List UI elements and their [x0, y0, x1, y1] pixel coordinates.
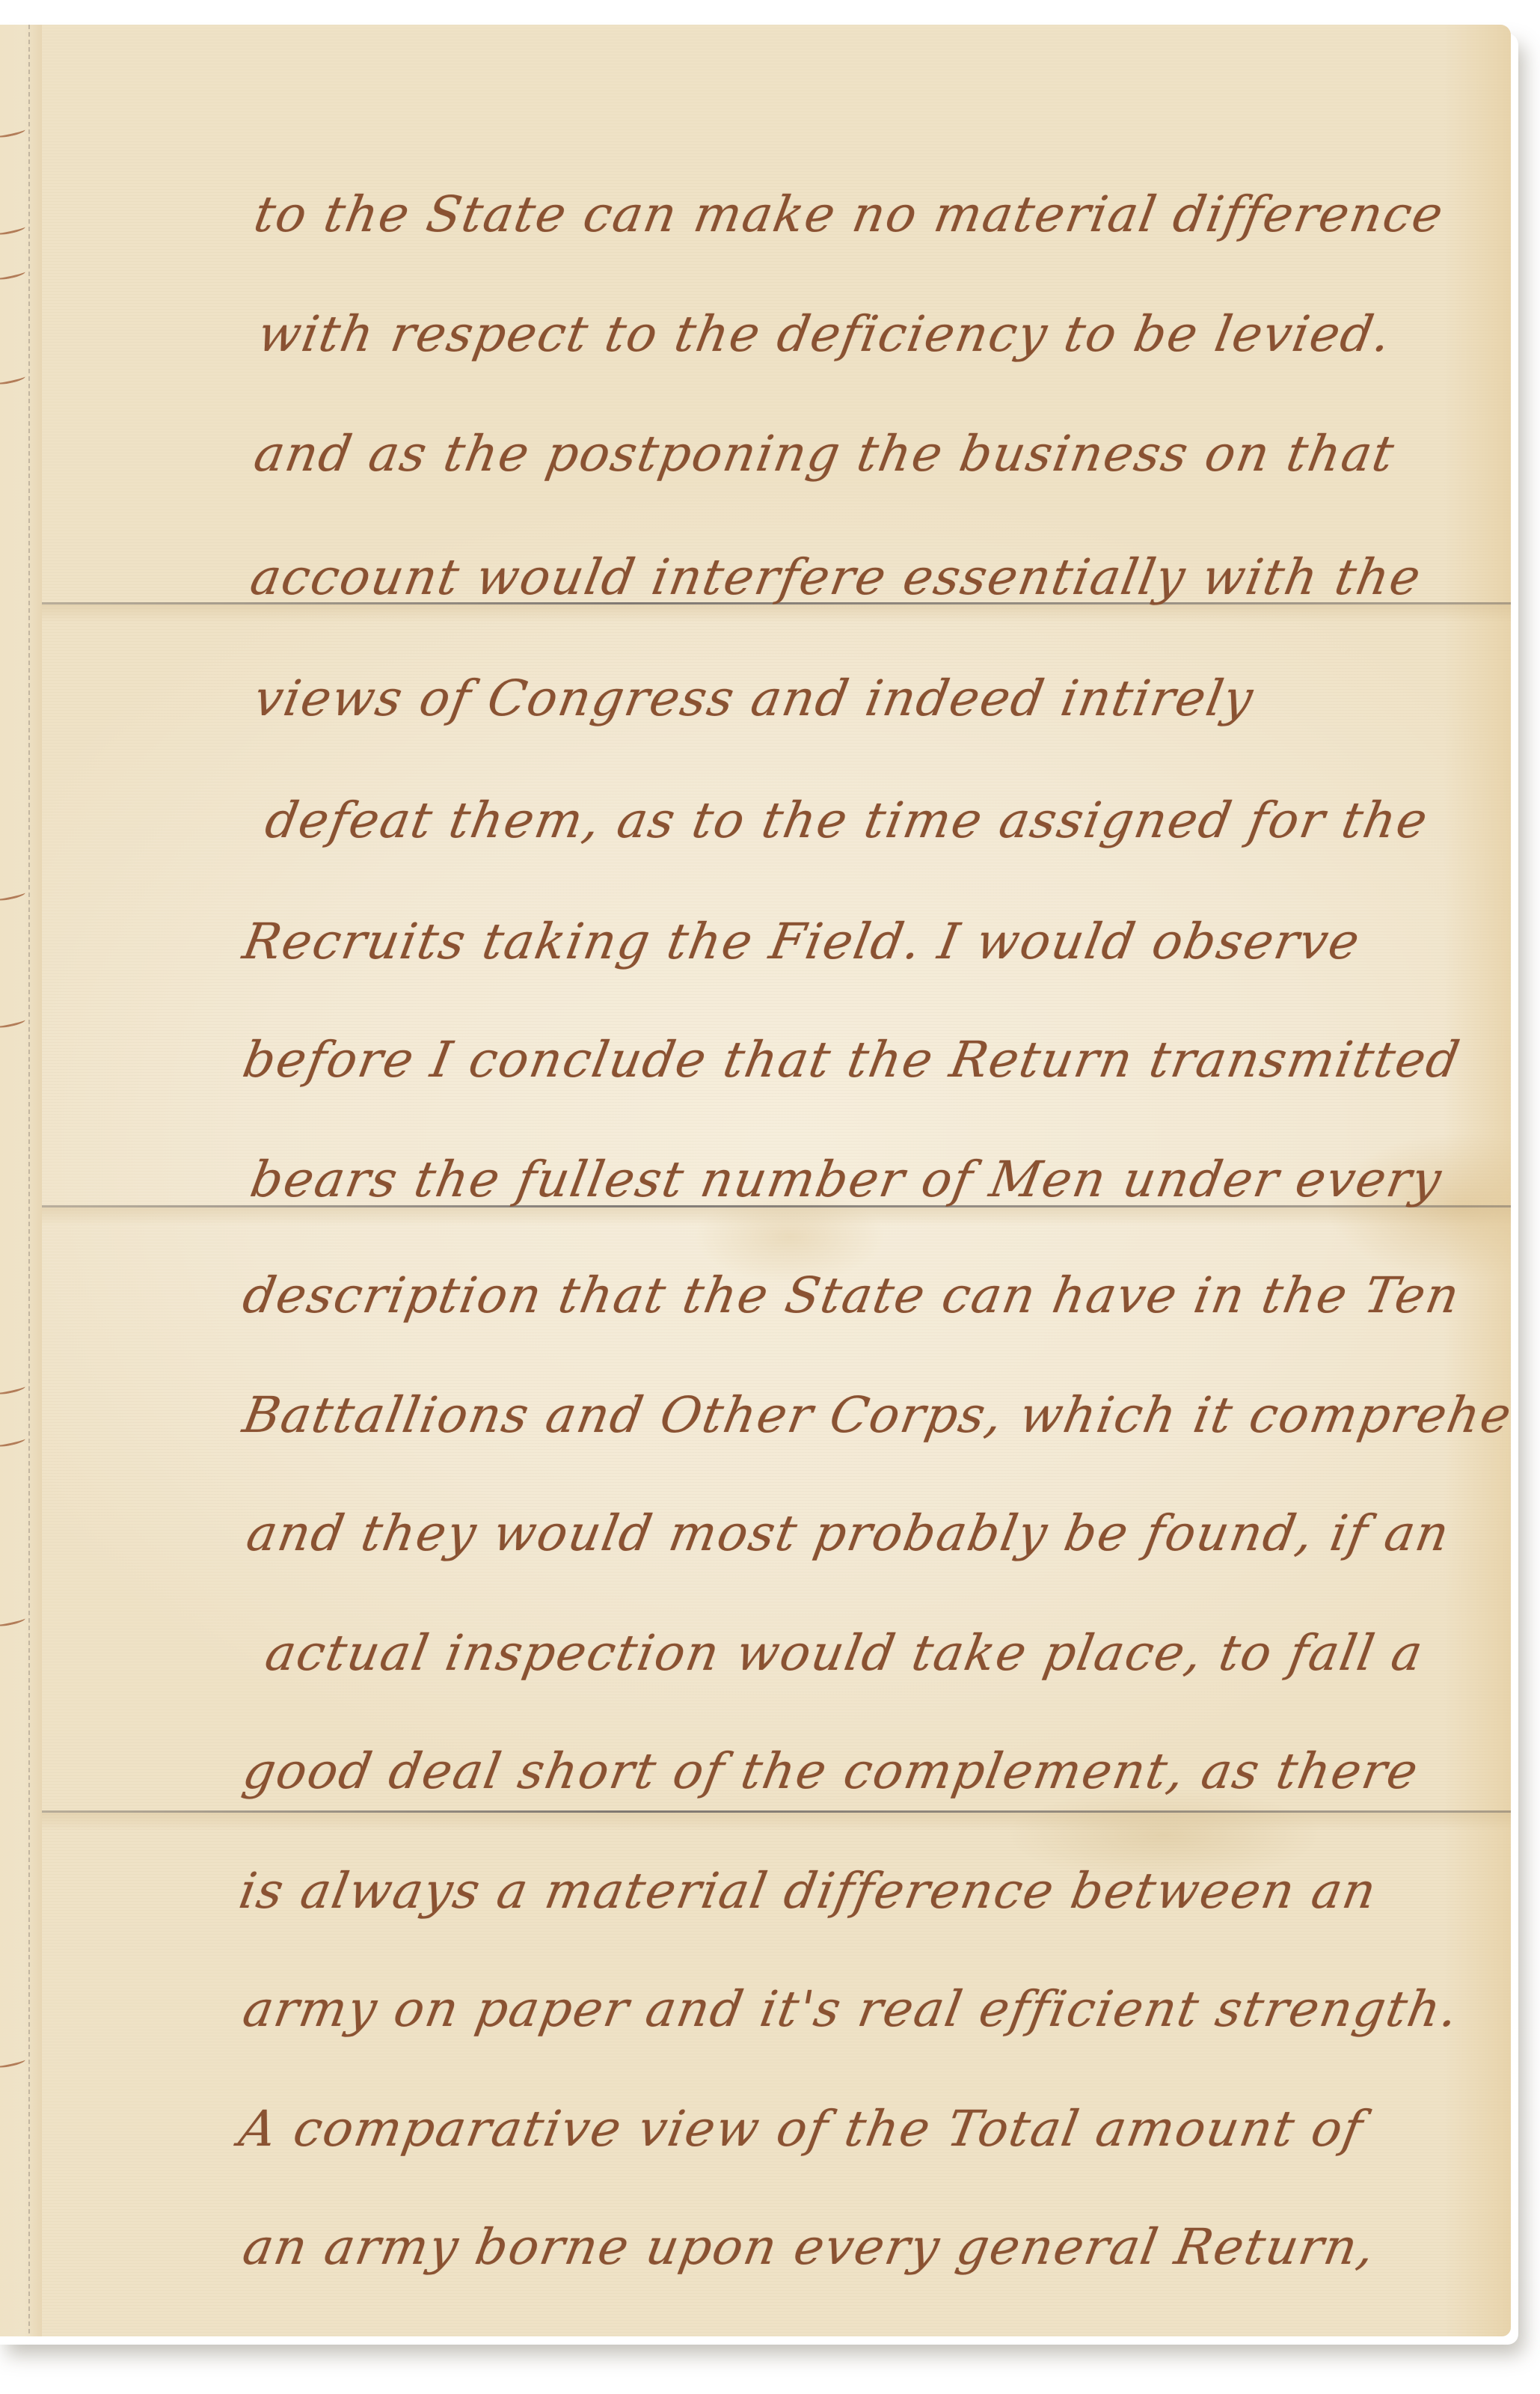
body-line: is always a material difference between …: [235, 1862, 1381, 1920]
ink-fragment: [0, 126, 25, 139]
letter-body: to the State can make no material differ…: [42, 25, 1511, 2336]
ink-fragment: [0, 224, 25, 236]
ink-fragment: [0, 269, 25, 281]
body-line: good deal short of the complement, as th…: [239, 1742, 1423, 1800]
ink-fragment: [0, 1383, 25, 1396]
body-line: an army borne upon every general Return,: [239, 2218, 1380, 2276]
letter-page: to the State can make no material differ…: [42, 25, 1511, 2336]
body-line: to the State can make no material differ…: [250, 186, 1449, 243]
body-line: Battallions and Other Corps, which it co…: [239, 1386, 1511, 1444]
ink-fragment: [0, 1615, 25, 1628]
page-gutter: [28, 25, 30, 2336]
adjacent-page-strip: [0, 25, 43, 2336]
body-line: bears the fullest number of Men under ev…: [246, 1151, 1447, 1208]
ink-fragment: [0, 2057, 25, 2069]
ink-fragment: [0, 890, 25, 902]
body-line: account would interfere essentially with…: [246, 548, 1426, 606]
body-line: with respect to the deficiency to be lev…: [254, 305, 1396, 363]
body-line: and as the postponing the business on th…: [250, 425, 1399, 483]
ink-fragment: [0, 373, 25, 386]
ink-fragment: [0, 1436, 25, 1448]
body-line: A comparative view of the Total amount o…: [235, 2100, 1368, 2158]
body-line: before I conclude that the Return transm…: [239, 1031, 1464, 1089]
body-line: Recruits taking the Field. I would obser…: [239, 913, 1365, 970]
body-line: and they would most probably be found, i…: [242, 1504, 1455, 1562]
ink-fragment: [0, 1017, 25, 1029]
body-line: views of Congress and indeed intirely: [250, 670, 1258, 727]
body-line: defeat them, as to the time assigned for…: [261, 792, 1433, 849]
body-line: description that the State can have in t…: [239, 1267, 1464, 1324]
document-scan: to the State can make no material differ…: [0, 0, 1540, 2394]
body-line: army on paper and it's real efficient st…: [239, 1980, 1464, 2038]
body-line: actual inspection would take place, to f…: [261, 1624, 1428, 1682]
